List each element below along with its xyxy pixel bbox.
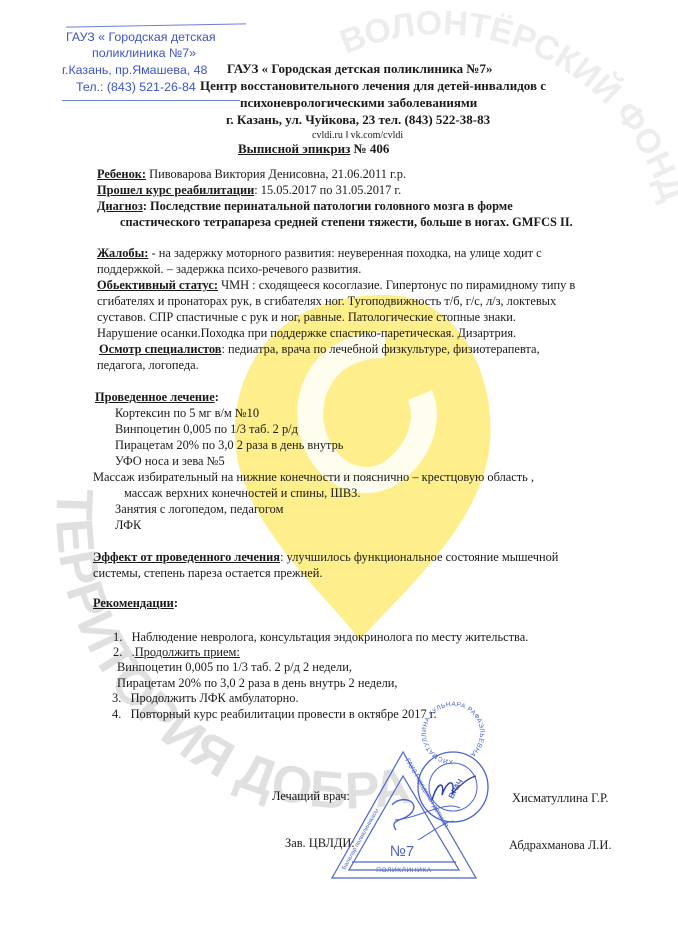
status-text-4: Нарушение осанки.Походка при поддержке с…: [97, 326, 516, 341]
effect-row: Эффект от проведенного лечения: улучшило…: [93, 550, 558, 565]
clinic-corner-stamp: ГАУЗ « Городская детская поликлиника №7»…: [62, 24, 252, 106]
document-title-label: Выписной эпикриз: [238, 141, 350, 156]
child-label: Ребенок:: [97, 167, 146, 181]
specialists-label: Осмотр специалистов: [99, 342, 221, 356]
triangle-clinic-stamp-icon: [332, 752, 476, 878]
status-text-3: суставов. СПР спастичные с рук и ног, ра…: [97, 310, 516, 325]
course-label: Прошел курс реабилитации: [97, 183, 254, 197]
treatment-extra: Занятия с логопедом, педагогом: [115, 502, 283, 517]
item-text: Продолжить прием:: [135, 645, 240, 659]
effect-text: : улучшилось функциональное состояние мы…: [280, 550, 558, 564]
recommendation-item-2: 2. .Продолжить прием:: [113, 645, 240, 660]
treatment-item: Кортексин по 5 мг в/м №10: [115, 406, 259, 421]
recommendation-item-1: 1. Наблюдение невролога, консультация эн…: [113, 630, 528, 645]
specialists-text-cont: педагога, логопеда.: [97, 358, 199, 373]
item-text: Наблюдение невролога, консультация эндок…: [132, 630, 529, 644]
signature-icon: [432, 776, 476, 800]
doctor-label: Лечащий врач:: [272, 789, 350, 804]
center-name-line1: Центр восстановительного лечения для дет…: [200, 78, 546, 93]
diagnosis-text-cont: спастического тетрапареза средней степен…: [120, 215, 573, 230]
stamp-line: г.Казань, пр.Ямашева, 48: [62, 63, 207, 78]
recommendations-heading: Рекомендации:: [93, 596, 178, 611]
center-name-line2: психоневрологическими заболеваниями: [240, 95, 477, 110]
stamp-line: поликлиника №7»: [92, 46, 196, 61]
treatment-heading: Проведенное лечение:: [95, 390, 219, 405]
document-title: Выписной эпикриз № 406: [238, 141, 389, 156]
child-value: Пивоварова Виктория Денисовна, 21.06.201…: [146, 167, 406, 181]
specialists-text: : педиатра, врача по лечебной физкультур…: [221, 342, 539, 356]
status-label: Обьективный статус:: [97, 278, 218, 292]
course-value: : 15.05.2017 по 31.05.2017 г.: [254, 183, 401, 197]
effect-label: Эффект от проведенного лечения: [93, 550, 280, 564]
head-name: Абдрахманова Л.И.: [509, 838, 611, 853]
treatment-item: Винпоцетин 0,005 по 1/3 таб. 2 р/д: [115, 422, 298, 437]
recommendation-med: Пирацетам 20% по 3,0 2 раза в день внутр…: [117, 676, 398, 691]
diagnosis-row: Диагноз: Последствие перинатальной патол…: [97, 199, 513, 214]
org-name: ГАУЗ « Городская детская поликлиника №7»: [227, 61, 492, 76]
address: г. Казань, ул. Чуйкова, 23 тел. (843) 52…: [226, 112, 490, 127]
svg-text:ВРАЧ: ВРАЧ: [447, 777, 466, 800]
child-row: Ребенок: Пивоварова Виктория Денисовна, …: [97, 167, 406, 182]
specialists-row: Осмотр специалистов: педиатра, врача по …: [99, 342, 540, 357]
stamp-line: Тел.: (843) 521-26-84: [76, 80, 196, 95]
recommendation-med: Винпоцетин 0,005 по 1/3 таб. 2 р/д 2 нед…: [117, 660, 352, 675]
item-text: Повторный курс реабилитации провести в о…: [131, 707, 437, 721]
treatment-extra: ЛФК: [115, 518, 141, 533]
recommendation-item-4: 4. Повторный курс реабилитации провести …: [112, 707, 437, 722]
status-text-2: сгибателях и пронаторах рук, в сгибателя…: [97, 294, 556, 309]
stamp-number: №7: [390, 843, 414, 860]
treatment-colon: :: [215, 390, 219, 404]
item-number: 1.: [113, 630, 122, 644]
item-number: 3.: [112, 691, 121, 705]
status-row: Обьективный статус: ЧМН : сходящееся кос…: [97, 278, 575, 293]
doctor-name: Хисматуллина Г.Р.: [512, 791, 608, 806]
complaints-text: - на задержку моторного развития: неувер…: [148, 246, 541, 260]
recommendations-label: Рекомендации: [93, 596, 174, 610]
massage-line: Массаж избирательный на нижние конечност…: [93, 470, 534, 485]
effect-text-cont: системы, степень пареза остается прежней…: [93, 566, 322, 581]
status-text: ЧМН : сходящееся косоглазие. Гипертонус …: [218, 278, 575, 292]
complaints-row: Жалобы: - на задержку моторного развития…: [97, 246, 542, 261]
complaints-label: Жалобы:: [97, 246, 148, 260]
complaints-text-cont: поддержкой. – задержка психо-речевого ра…: [97, 262, 361, 277]
course-row: Прошел курс реабилитации: 15.05.2017 по …: [97, 183, 401, 198]
diagnosis-text: : Последствие перинатальной патологии го…: [143, 199, 513, 213]
treatment-label: Проведенное лечение: [95, 390, 215, 404]
stamp-bottom-text: ПОЛИКЛИНИКА: [376, 867, 431, 874]
item-number: 4.: [112, 707, 121, 721]
document-number: № 406: [350, 141, 389, 156]
stamp-right-text: ГАУЗ Городская детская: [403, 757, 449, 829]
item-number: 2.: [113, 645, 122, 659]
diagnosis-label: Диагноз: [97, 199, 143, 213]
head-label: Зав. ЦВЛДИ:: [285, 836, 355, 851]
treatment-item: Пирацетам 20% по 3,0 2 раза в день внутр…: [115, 438, 343, 453]
recommendation-item-3: 3. Продолжить ЛФК амбулаторно.: [112, 691, 299, 706]
stamp-line: ГАУЗ « Городская детская: [66, 30, 216, 45]
treatment-item: УФО носа и зева №5: [115, 454, 225, 469]
item-text: Продолжить ЛФК амбулаторно.: [131, 691, 299, 705]
recommendations-colon: :: [174, 596, 178, 610]
massage-line-cont: массаж верхних конечностей и спины, ШВЗ.: [124, 486, 360, 501]
